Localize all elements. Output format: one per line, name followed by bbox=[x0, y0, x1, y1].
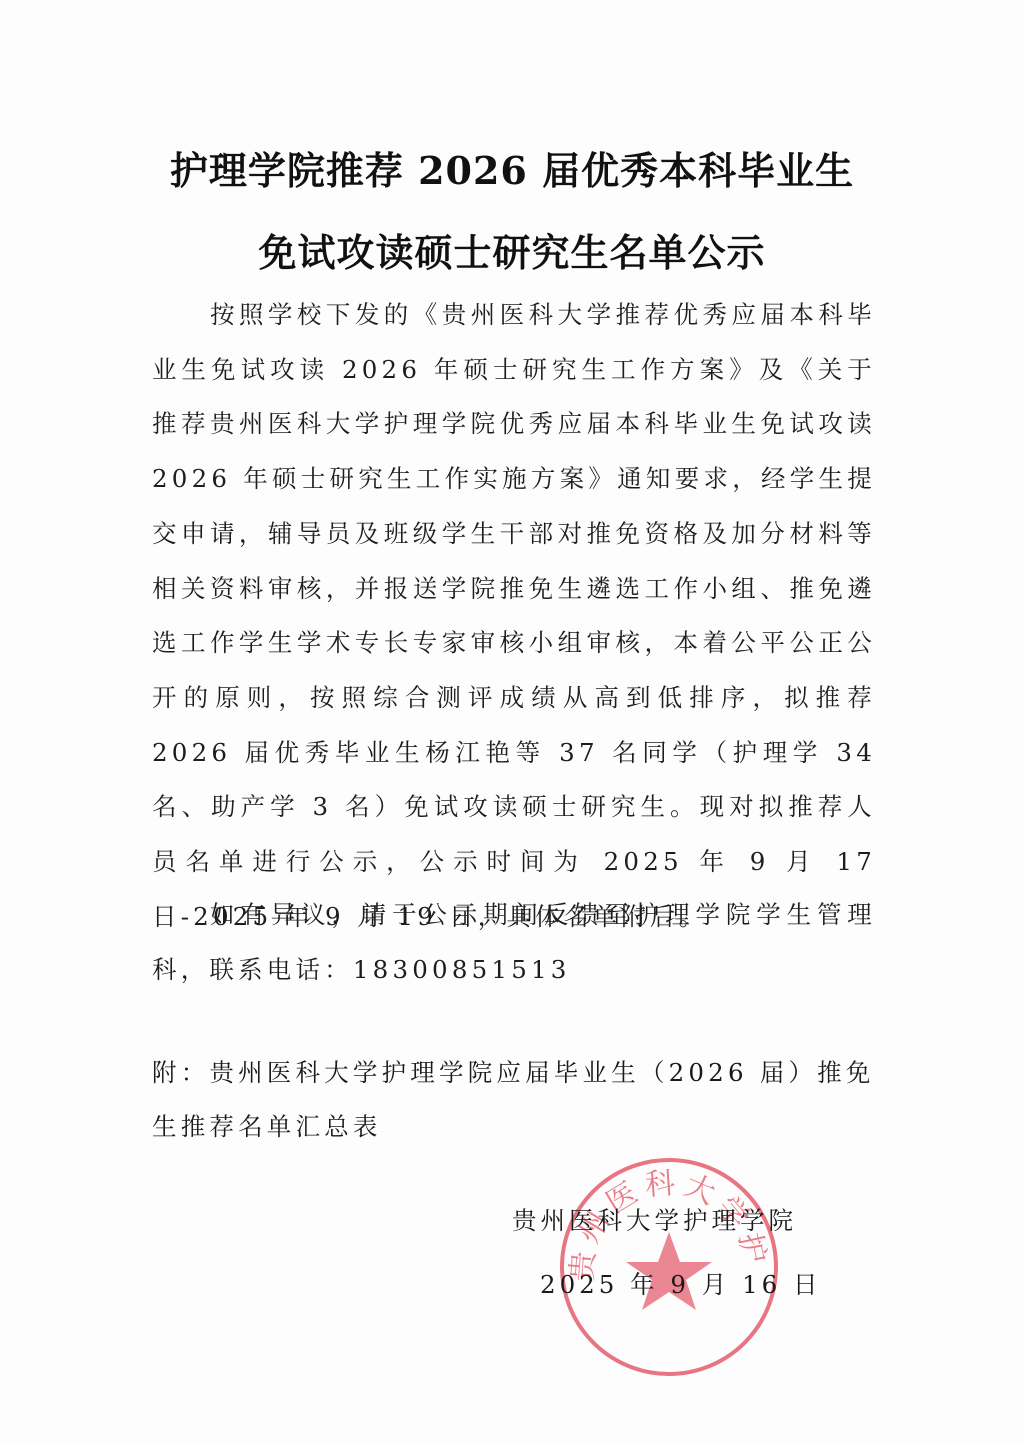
body-paragraph-2: 如有异议，请于公示期间反馈至护理学院学生管理科，联系电话：18300851513 bbox=[152, 888, 876, 997]
document-title-line1: 护理学院推荐 2026 届优秀本科毕业生 bbox=[0, 140, 1024, 195]
body-paragraph-1: 按照学校下发的《贵州医科大学推荐优秀应届本科毕业生免试攻读 2026 年硕士研究… bbox=[152, 288, 876, 944]
signature-organization: 贵州医科大学护理学院 bbox=[512, 1202, 797, 1237]
attachment-note: 附：贵州医科大学护理学院应届毕业生（2026 届）推免生推荐名单汇总表 bbox=[152, 1046, 876, 1154]
document-page: 护理学院推荐 2026 届优秀本科毕业生 免试攻读硕士研究生名单公示 按照学校下… bbox=[0, 0, 1024, 1446]
document-title-line2: 免试攻读硕士研究生名单公示 bbox=[0, 222, 1024, 277]
signature-date: 2025 年 9 月 16 日 bbox=[540, 1266, 822, 1301]
